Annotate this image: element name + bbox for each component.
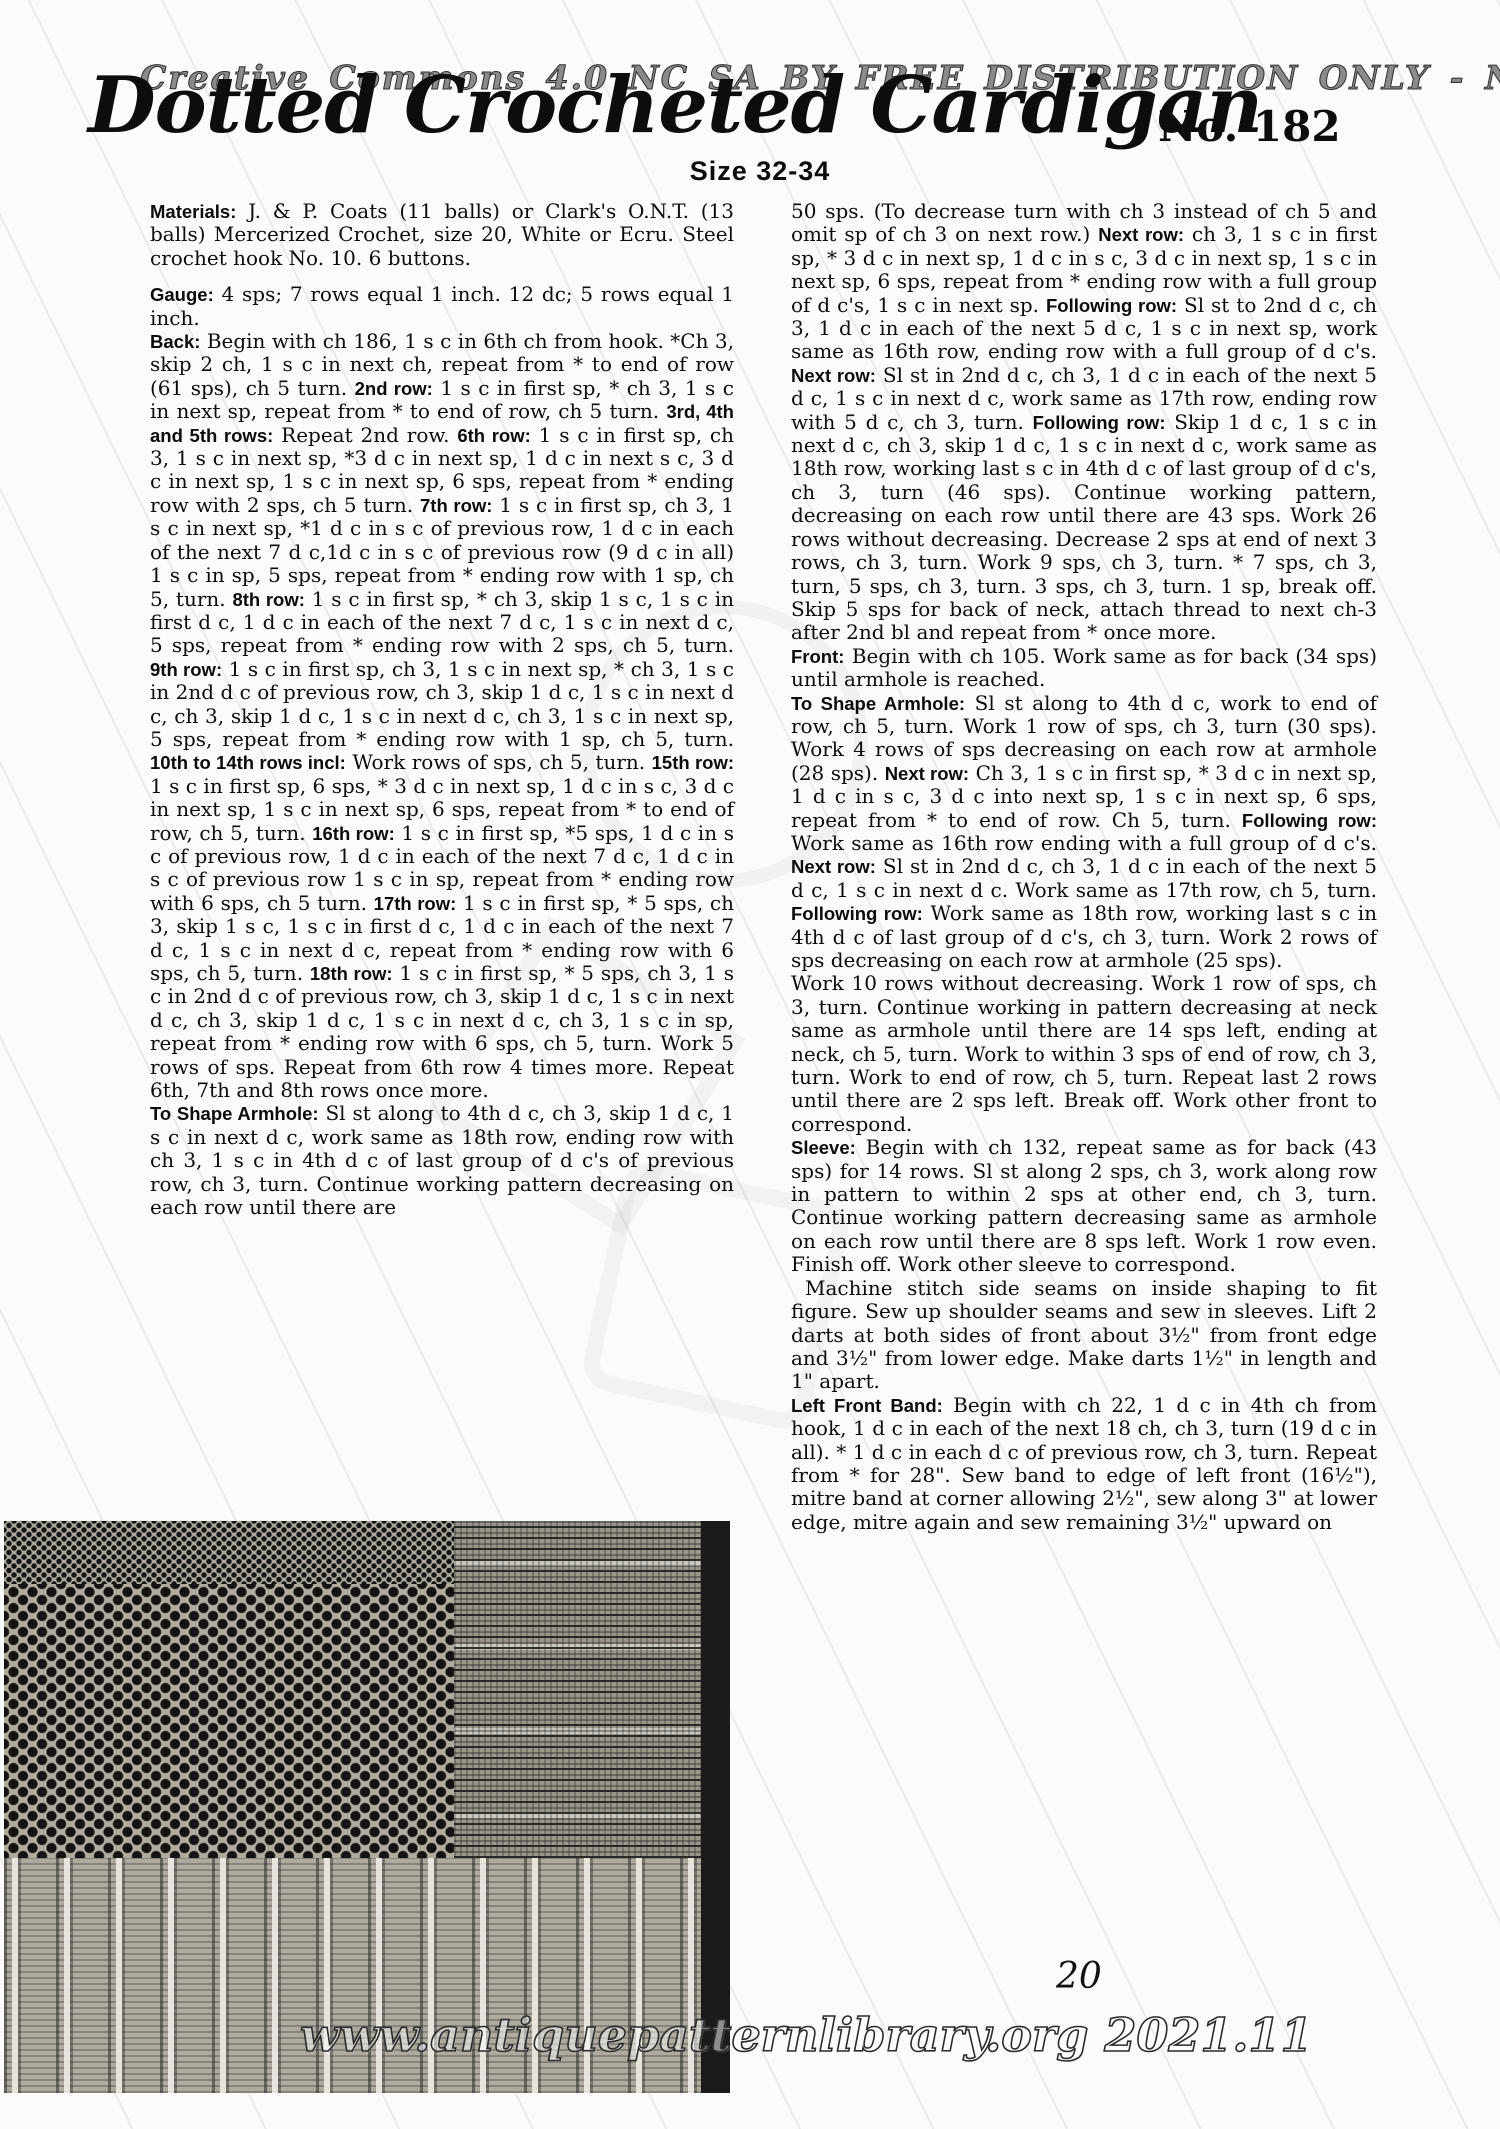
body-text: 4 sps; 7 rows equal 1 inch. 12 dc; 5 row… [150,282,734,329]
run-in-heading: Gauge: [150,284,214,305]
run-in-heading: 7th row: [420,495,492,516]
paragraph: Materials: J. & P. Coats (11 balls) or C… [150,200,734,270]
run-in-heading: 15th row: [652,752,734,773]
paragraph: 50 sps. (To decrease turn with ch 3 inst… [791,200,1377,645]
run-in-heading: 16th row: [312,823,395,844]
paragraph: To Shape Armhole: Sl st along to 4th d c… [791,692,1377,973]
body-text: Work rows of sps, ch 5, turn. [346,750,652,774]
paragraph: Sleeve: Begin with ch 132, repeat same a… [791,1136,1377,1276]
run-in-heading: Next row: [1098,224,1184,245]
run-in-heading: To Shape Armhole: [791,693,965,714]
paragraph: Work 10 rows without decreasing. Work 1 … [791,972,1377,1136]
run-in-heading: Materials: [150,201,236,222]
run-in-heading: Next row: [885,763,969,784]
right-column: 50 sps. (To decrease turn with ch 3 inst… [791,200,1377,1534]
run-in-heading: Front: [791,646,844,667]
run-in-heading: 2nd row: [355,378,433,399]
pattern-number: No. 182 [1158,102,1341,151]
run-in-heading: Back: [150,331,200,352]
scanned-pattern-page: Creative Commons 4.0 NC SA BY FREE DISTR… [0,0,1500,2129]
photo-fine-mesh-texture [4,1521,454,1584]
run-in-heading: Left Front Band: [791,1395,943,1416]
run-in-heading: Following row: [791,903,923,924]
run-in-heading: 10th to 14th rows incl: [150,752,346,773]
run-in-heading: 9th row: [150,659,222,680]
body-text: 1 s c in first sp, ch 3, 1 s c in next s… [150,657,734,751]
page-title: Dotted Crocheted Cardigan [60,60,1290,151]
body-text: Skip 1 d c, 1 s c in next d c, ch 3, ski… [791,410,1377,645]
run-in-heading: 18th row: [310,963,393,984]
paragraph: To Shape Armhole: Sl st along to 4th d c… [150,1102,734,1219]
run-in-heading: Sleeve: [791,1137,856,1158]
run-in-heading: Following row: [1046,295,1177,316]
left-column: Materials: J. & P. Coats (11 balls) or C… [150,200,734,1219]
body-text: Machine stitch side seams on inside shap… [791,1276,1377,1394]
site-watermark: www.antiquepatternlibrary.org 2021.11 [300,2008,1210,2062]
body-text: Sl st in 2nd d c, ch 3, 1 d c in each of… [791,854,1377,901]
body-text: J. & P. Coats (11 balls) or Clark's O.N.… [150,199,734,270]
paragraph: Gauge: 4 sps; 7 rows equal 1 inch. 12 dc… [150,283,734,330]
photo-dotted-mesh-texture [4,1584,454,1859]
body-text: Work same as 16th row ending with a full… [791,831,1377,855]
run-in-heading: 17th row: [374,893,457,914]
run-in-heading: Following row: [1033,412,1166,433]
body-text: Begin with ch 105. Work same as for back… [791,644,1377,691]
page-number: 20 [1056,1956,1102,1997]
body-text: Repeat 2nd row. [273,423,457,447]
run-in-heading: Following row: [1242,810,1377,831]
photo-ridged-knit-texture [454,1521,701,1858]
paragraph: Left Front Band: Begin with ch 22, 1 d c… [791,1394,1377,1534]
paragraph: Back: Begin with ch 186, 1 s c in 6th ch… [150,330,734,1102]
body-text: Work 10 rows without decreasing. Work 1 … [791,971,1377,1135]
paragraph: Machine stitch side seams on inside shap… [791,1277,1377,1394]
run-in-heading: 8th row: [232,589,304,610]
size-label: Size 32-34 [130,156,1390,187]
body-text: Begin with ch 132, repeat same as for ba… [791,1135,1377,1276]
run-in-heading: To Shape Armhole: [150,1103,319,1124]
run-in-heading: Next row: [791,856,876,877]
run-in-heading: 6th row: [457,425,530,446]
run-in-heading: Next row: [791,365,876,386]
paragraph: Front: Begin with ch 105. Work same as f… [791,645,1377,692]
